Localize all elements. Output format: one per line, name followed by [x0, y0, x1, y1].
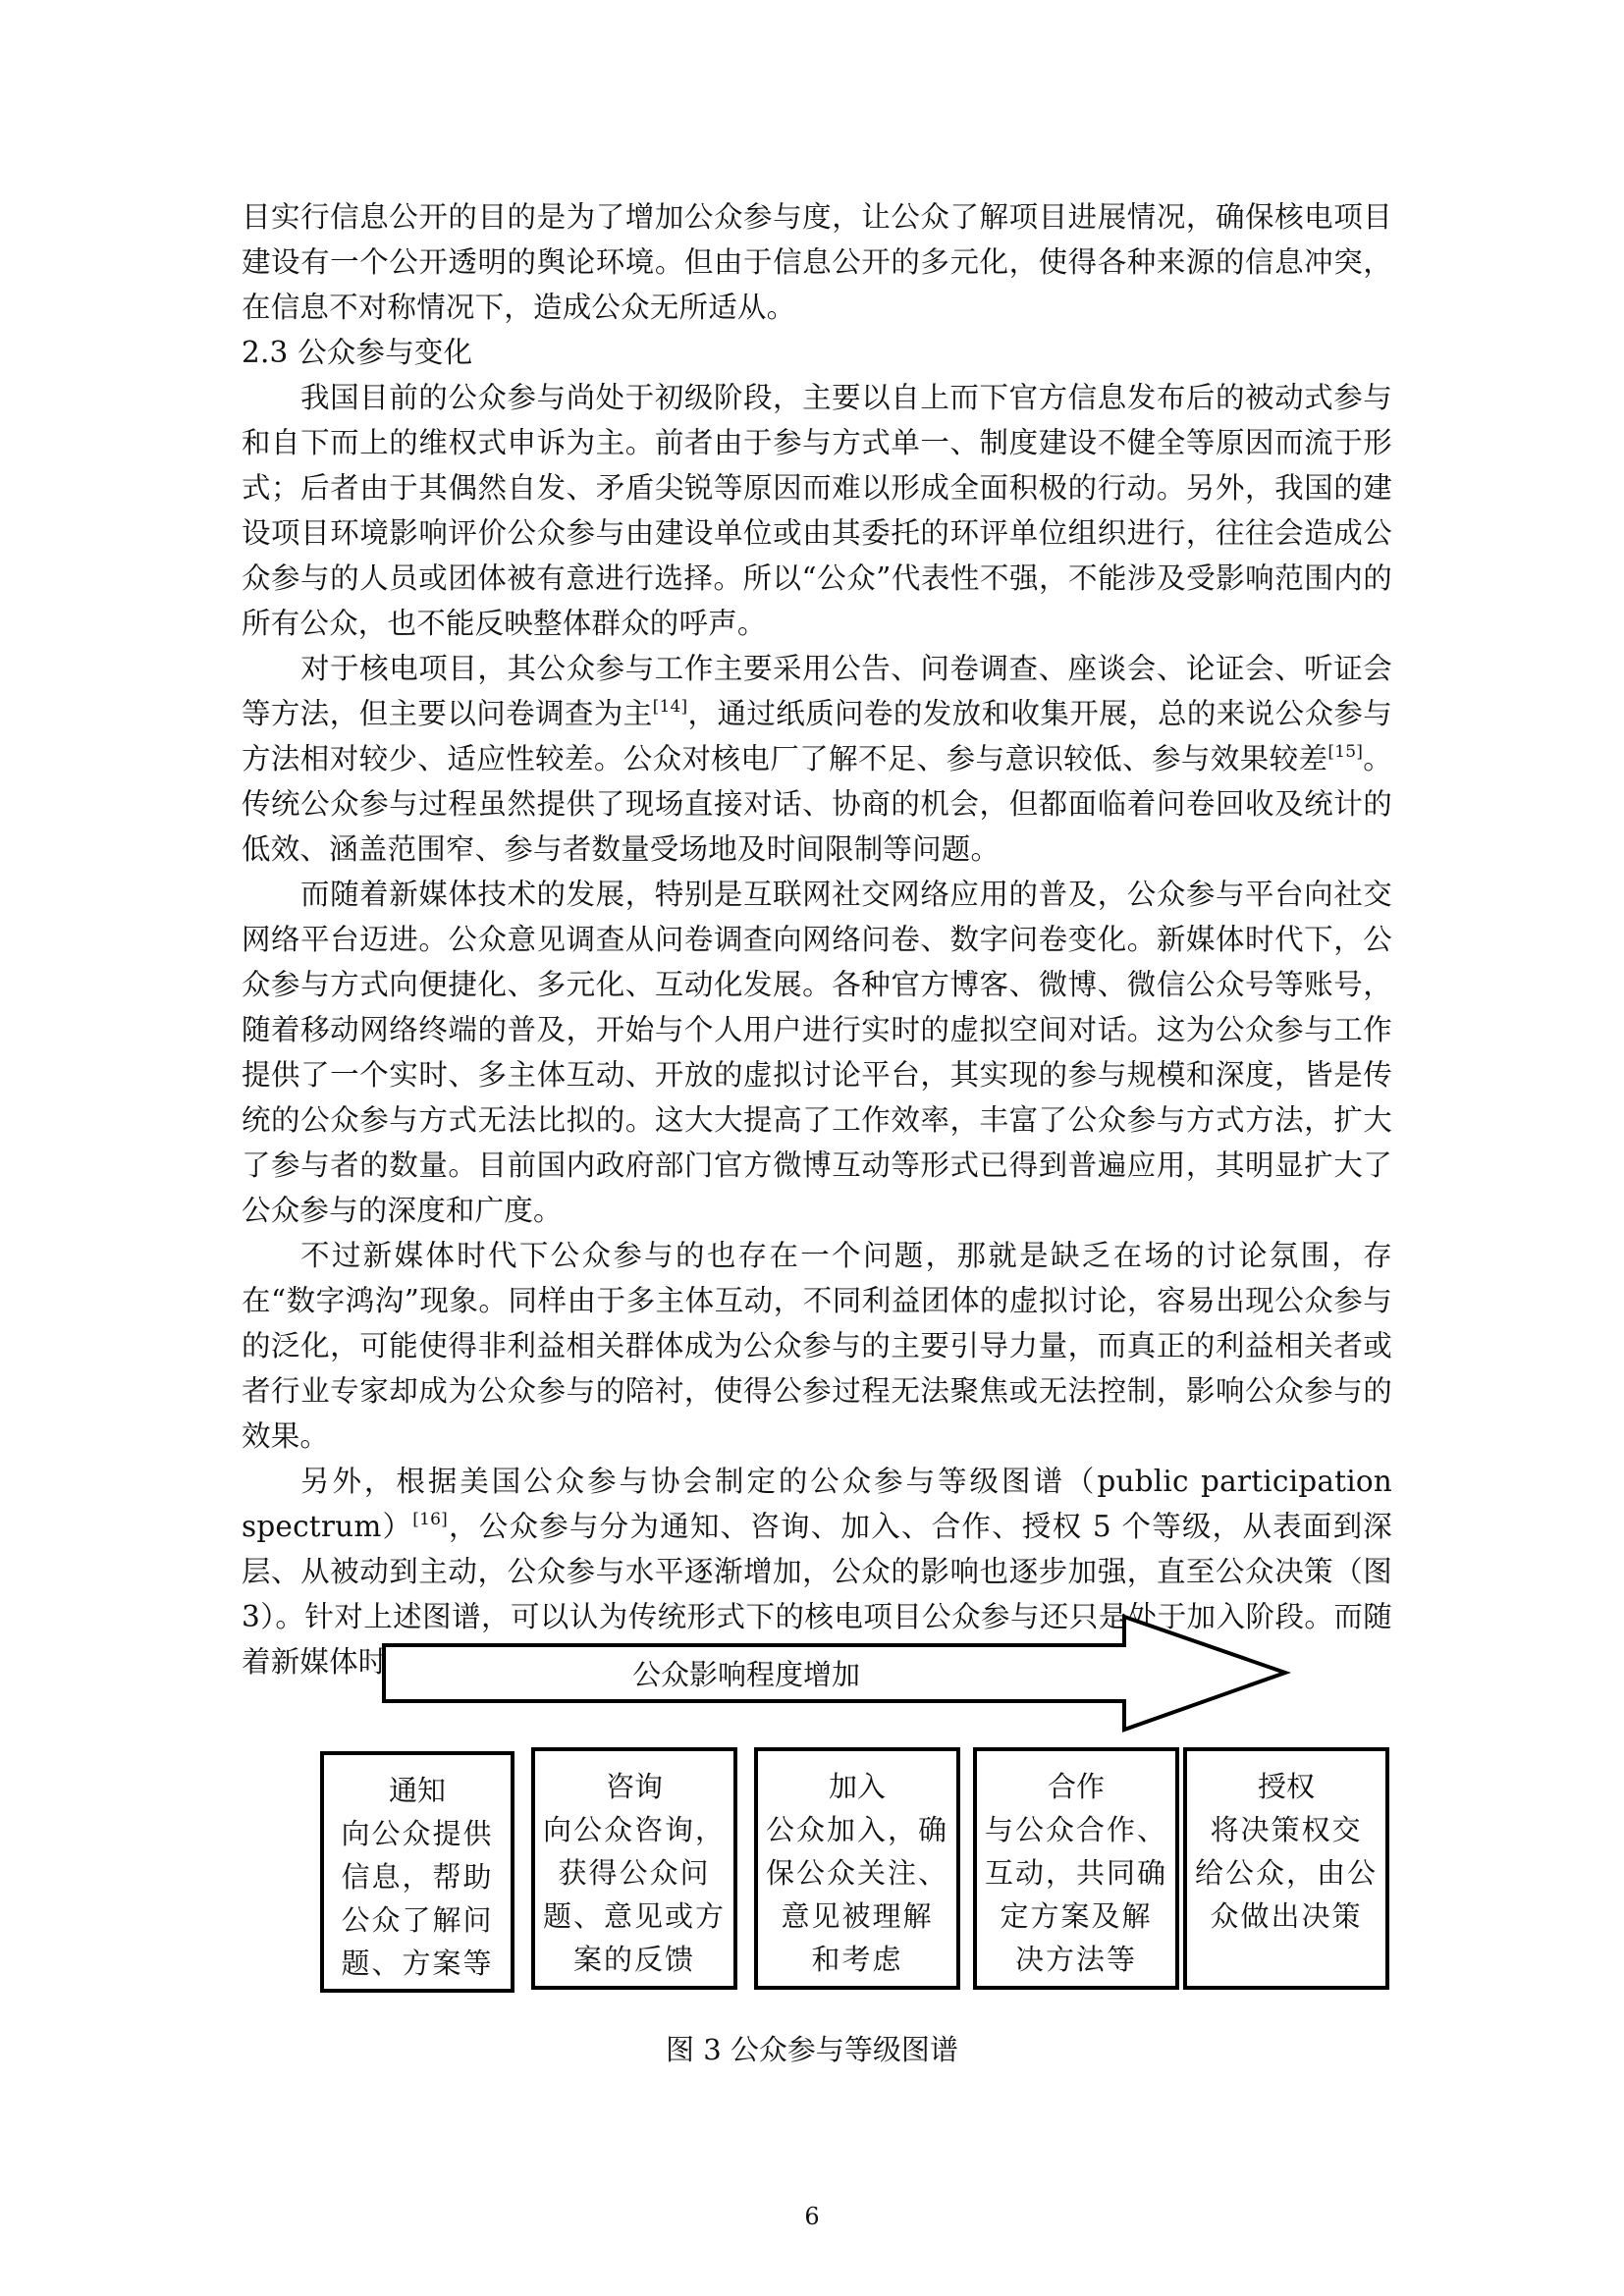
paragraph-current-status: 我国目前的公众参与尚处于初级阶段，主要以自上而下官方信息发布后的被动式参与和自下…	[242, 375, 1392, 646]
paragraph-new-media: 而随着新媒体技术的发展，特别是互联网社交网络应用的普及，公众参与平台向社交网络平…	[242, 872, 1392, 1233]
paragraph-nuclear-methods: 对于核电项目，其公众参与工作主要采用公告、问卷调查、座谈会、论证会、听证会等方法…	[242, 646, 1392, 872]
paragraph-digital-divide: 不过新媒体时代下公众参与的也存在一个问题，那就是缺乏在场的讨论氛围，存在“数字鸿…	[242, 1233, 1392, 1459]
citation-15: [15]	[1327, 742, 1363, 762]
level-title: 通知	[324, 1769, 511, 1812]
level-box-involve: 加入 公众加入，确 保公众关注、 意见被理解 和考虑	[754, 1747, 960, 1990]
level-box-empower: 授权 将决策权交 给公众，由公 众做出决策	[1183, 1747, 1389, 1990]
citation-16: [16]	[412, 1510, 448, 1529]
section-heading: 2.3 公众参与变化	[242, 330, 1392, 375]
level-title: 授权	[1187, 1765, 1385, 1808]
level-title: 咨询	[535, 1765, 733, 1808]
body-text: 目实行信息公开的目的是为了增加公众参与度，让公众了解项目进展情况，确保核电项目建…	[242, 194, 1392, 1684]
level-title: 加入	[758, 1765, 956, 1808]
paragraph-continued: 目实行信息公开的目的是为了增加公众参与度，让公众了解项目进展情况，确保核电项目建…	[242, 194, 1392, 330]
level-box-inform: 通知 向公众提供 信息，帮助 公众了解问 题、方案等	[320, 1751, 514, 1993]
citation-14: [14]	[653, 697, 688, 717]
level-box-collaborate: 合作 与公众合作、 互动，共同确 定方案及解 决方法等	[973, 1747, 1179, 1990]
level-box-consult: 咨询 向公众咨询， 获得公众问 题、意见或方 案的反馈	[531, 1747, 737, 1990]
document-page: 目实行信息公开的目的是为了增加公众参与度，让公众了解项目进展情况，确保核电项目建…	[0, 0, 1624, 2296]
level-title: 合作	[977, 1765, 1175, 1808]
paragraph-spectrum: 另外，根据美国公众参与协会制定的公众参与等级图谱（public particip…	[242, 1459, 1392, 1684]
figure-caption: 图 3 公众参与等级图谱	[0, 2028, 1624, 2068]
page-number: 6	[0, 2203, 1624, 2230]
